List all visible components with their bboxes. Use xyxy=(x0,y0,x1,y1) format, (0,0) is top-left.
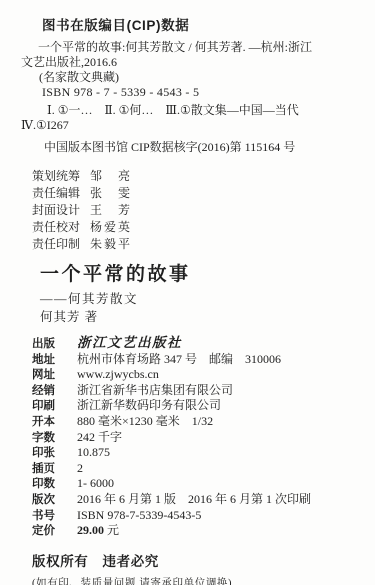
pub-label: 印刷 xyxy=(32,399,77,414)
pub-label: 开本 xyxy=(32,415,77,430)
pub-row-price: 定价 29.00 元 xyxy=(32,523,375,539)
publication-info: 出版 浙江文艺出版社 地址 杭州市体育场路 347 号 邮编 310006 网址… xyxy=(32,336,375,539)
pub-value: 1- 6000 xyxy=(77,476,114,491)
title-block: 一个平常的故事 ——何其芳散文 何其芳 著 xyxy=(40,264,375,325)
pub-value: 杭州市体育场路 347 号 邮编 310006 xyxy=(77,352,281,367)
pub-label: 出版 xyxy=(32,337,77,352)
pub-label: 插页 xyxy=(32,462,77,477)
pub-row-sheets: 印张 10.875 xyxy=(32,445,375,461)
pub-row-wordcount: 字数 242 千字 xyxy=(32,430,375,446)
pub-label: 版次 xyxy=(32,493,77,508)
pub-row-printer: 印刷 浙江新华数码印务有限公司 xyxy=(32,398,375,414)
pub-value: 242 千字 xyxy=(77,430,122,445)
pub-label: 字数 xyxy=(32,431,77,446)
pub-row-address: 地址 杭州市体育场路 347 号 邮编 310006 xyxy=(32,352,375,368)
book-copyright-page: 图书在版编目(CIP)数据 一个平常的故事:何其芳散文 / 何其芳著. —杭州:… xyxy=(0,0,375,585)
pub-label: 经销 xyxy=(32,384,77,399)
staff-role: 责任印制 xyxy=(32,236,90,253)
staff-row: 封面设计 王 芳 xyxy=(32,202,375,219)
pub-row-publisher: 出版 浙江文艺出版社 xyxy=(32,336,375,352)
staff-name: 朱毅平 xyxy=(90,236,132,253)
pub-value: 880 毫米×1230 毫米 1/32 xyxy=(77,414,213,429)
staff-name: 邹 亮 xyxy=(90,168,132,185)
staff-name: 张 雯 xyxy=(90,185,132,202)
pub-row-edition: 版次 2016 年 6 月第 1 版 2016 年 6 月第 1 次印刷 xyxy=(32,492,375,508)
pub-label: 定价 xyxy=(32,524,77,539)
quality-exchange-note: (如有印、装质量问题,请寄承印单位调换) xyxy=(32,575,375,585)
pub-value: www.zjwycbs.cn xyxy=(77,367,159,382)
staff-role: 责任编辑 xyxy=(32,185,90,202)
pub-row-inserts: 插页 2 xyxy=(32,461,375,477)
cip-title-statement-line2: 文艺出版社,2016.6 xyxy=(21,55,375,70)
pub-label: 印张 xyxy=(32,446,77,461)
cip-registry-number: 中国版本图书馆 CIP数据核字(2016)第 115164 号 xyxy=(44,140,375,155)
cip-title-statement-line1: 一个平常的故事:何其芳散文 / 何其芳著. —杭州:浙江 xyxy=(38,40,375,55)
pub-value: 浙江新华数码印务有限公司 xyxy=(77,398,221,413)
pub-label: 印数 xyxy=(32,477,77,492)
cip-series-note: (名家散文典藏) xyxy=(39,70,375,85)
pub-value: 2016 年 6 月第 1 版 2016 年 6 月第 1 次印刷 xyxy=(77,492,311,507)
staff-role: 封面设计 xyxy=(32,202,90,219)
book-subtitle: ——何其芳散文 xyxy=(40,292,375,307)
staff-row: 责任印制 朱毅平 xyxy=(32,236,375,253)
staff-name: 王 芳 xyxy=(90,202,132,219)
staff-row: 策划统筹 邹 亮 xyxy=(32,168,375,185)
pub-value: 浙江省新华书店集团有限公司 xyxy=(77,383,233,398)
staff-row: 责任编辑 张 雯 xyxy=(32,185,375,202)
cip-heading: 图书在版编目(CIP)数据 xyxy=(42,14,375,34)
copyright-notice: 版权所有 违者必究 xyxy=(32,550,375,570)
pub-value: ISBN 978-7-5339-4543-5 xyxy=(77,508,201,523)
book-title: 一个平常的故事 xyxy=(40,264,375,286)
pub-row-format: 开本 880 毫米×1230 毫米 1/32 xyxy=(32,414,375,430)
pub-row-distributor: 经销 浙江省新华书店集团有限公司 xyxy=(32,383,375,399)
pub-value: 10.875 xyxy=(77,445,110,460)
staff-credits: 策划统筹 邹 亮 责任编辑 张 雯 封面设计 王 芳 责任校对 杨爱英 责任印制… xyxy=(32,168,375,253)
price-unit: 元 xyxy=(104,523,119,537)
pub-label: 地址 xyxy=(32,353,77,368)
pub-row-website: 网址 www.zjwycbs.cn xyxy=(32,367,375,383)
cip-record: 一个平常的故事:何其芳散文 / 何其芳著. —杭州:浙江 文艺出版社,2016.… xyxy=(0,40,375,155)
pub-value: 29.00 元 xyxy=(77,523,119,538)
staff-role: 策划统筹 xyxy=(32,168,90,185)
cip-classification-line2: Ⅳ.①I267 xyxy=(21,118,375,133)
publisher-logotype: 浙江文艺出版社 xyxy=(77,336,182,351)
staff-name: 杨爱英 xyxy=(90,219,132,236)
pub-value: 2 xyxy=(77,461,83,476)
cip-isbn: ISBN 978 - 7 - 5339 - 4543 - 5 xyxy=(42,85,375,100)
price-amount: 29.00 xyxy=(77,523,104,537)
book-author: 何其芳 著 xyxy=(40,310,375,325)
cip-classification-line1: Ⅰ. ①一… Ⅱ. ①何… Ⅲ.①散文集—中国—当代 xyxy=(47,103,375,118)
pub-row-printrun: 印数 1- 6000 xyxy=(32,476,375,492)
pub-label: 网址 xyxy=(32,368,77,383)
pub-row-isbn: 书号 ISBN 978-7-5339-4543-5 xyxy=(32,508,375,524)
staff-row: 责任校对 杨爱英 xyxy=(32,219,375,236)
pub-label: 书号 xyxy=(32,509,77,524)
staff-role: 责任校对 xyxy=(32,219,90,236)
